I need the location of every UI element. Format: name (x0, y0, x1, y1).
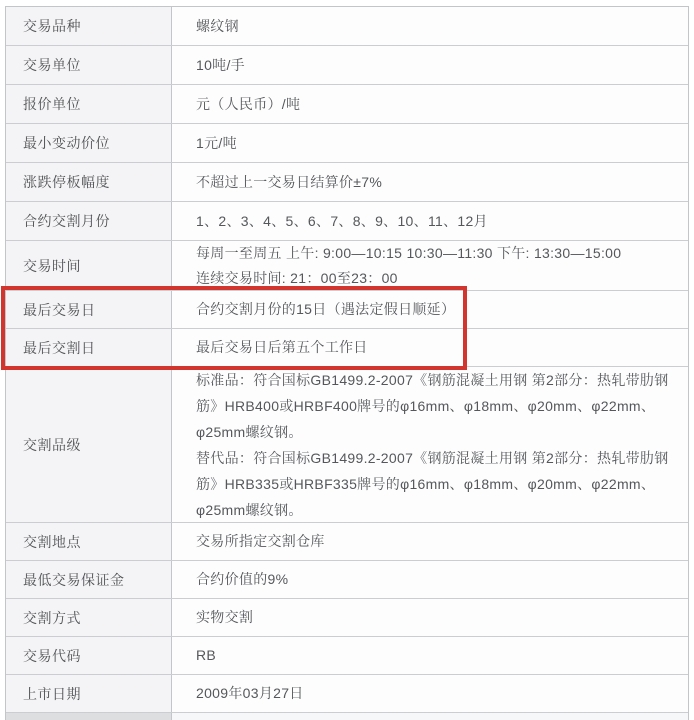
row-value: 标准品：符合国标GB1499.2-2007《钢筋混凝土用钢 第2部分：热轧带肋钢… (172, 367, 688, 522)
table-row-trading-hours: 交易时间 每周一至周五 上午: 9:00—10:15 10:30—11:30 下… (6, 241, 688, 291)
row-label: 上市日期 (6, 675, 172, 712)
table-row-trading-unit: 交易单位 10吨/手 (6, 46, 688, 85)
row-label: 最后交割日 (6, 329, 172, 366)
table-row-delivery-method: 交割方式 实物交割 (6, 599, 688, 637)
table-row-delivery-months: 合约交割月份 1、2、3、4、5、6、7、8、9、10、11、12月 (6, 202, 688, 241)
table-row-delivery-grade: 交割品级 标准品：符合国标GB1499.2-2007《钢筋混凝土用钢 第2部分：… (6, 367, 688, 523)
table-row-delivery-place: 交割地点 交易所指定交割仓库 (6, 523, 688, 561)
cutoff-label-cell (6, 713, 172, 720)
row-label: 交易单位 (6, 46, 172, 84)
substitute-grade-text: 替代品：符合国标GB1499.2-2007《钢筋混凝土用钢 第2部分：热轧带肋钢… (196, 445, 674, 523)
row-value: 元（人民币）/吨 (172, 85, 688, 123)
cutoff-value-cell (172, 713, 688, 720)
contract-spec-table: 交易品种 螺纹钢 交易单位 10吨/手 报价单位 元（人民币）/吨 最小变动价位… (5, 6, 689, 720)
trading-hours-line2: 连续交易时间: 21：00至23：00 (196, 266, 674, 291)
table-row-quote-unit: 报价单位 元（人民币）/吨 (6, 85, 688, 124)
row-value: 1元/吨 (172, 124, 688, 162)
row-label: 最小变动价位 (6, 124, 172, 162)
table-row-trading-code: 交易代码 RB (6, 637, 688, 675)
table-row-min-tick: 最小变动价位 1元/吨 (6, 124, 688, 163)
trading-hours-line1: 每周一至周五 上午: 9:00—10:15 10:30—11:30 下午: 13… (196, 241, 674, 266)
row-label: 交割品级 (6, 367, 172, 522)
table-row-price-limit: 涨跌停板幅度 不超过上一交易日结算价±7% (6, 163, 688, 202)
row-label: 报价单位 (6, 85, 172, 123)
table-row-trading-variety: 交易品种 螺纹钢 (6, 7, 688, 46)
row-label: 涨跌停板幅度 (6, 163, 172, 201)
row-label: 交易时间 (6, 241, 172, 290)
row-value: 1、2、3、4、5、6、7、8、9、10、11、12月 (172, 202, 688, 240)
row-label: 交割方式 (6, 599, 172, 636)
table-row-listing-date: 上市日期 2009年03月27日 (6, 675, 688, 713)
row-value: 每周一至周五 上午: 9:00—10:15 10:30—11:30 下午: 13… (172, 241, 688, 290)
row-value: 合约交割月份的15日（遇法定假日顺延） (172, 291, 688, 328)
row-label: 交易代码 (6, 637, 172, 674)
row-value: 螺纹钢 (172, 7, 688, 45)
row-value: 10吨/手 (172, 46, 688, 84)
row-label: 交易品种 (6, 7, 172, 45)
row-value: 实物交割 (172, 599, 688, 636)
row-value: 最后交易日后第五个工作日 (172, 329, 688, 366)
row-value: 交易所指定交割仓库 (172, 523, 688, 560)
row-value: 2009年03月27日 (172, 675, 688, 712)
table-row-cutoff (6, 713, 688, 720)
row-label: 最后交易日 (6, 291, 172, 328)
row-value: 不超过上一交易日结算价±7% (172, 163, 688, 201)
row-value: 合约价值的9% (172, 561, 688, 598)
table-row-last-trading-day: 最后交易日 合约交割月份的15日（遇法定假日顺延） (6, 291, 688, 329)
row-value: RB (172, 637, 688, 674)
table-row-min-margin: 最低交易保证金 合约价值的9% (6, 561, 688, 599)
table-row-last-delivery-day: 最后交割日 最后交易日后第五个工作日 (6, 329, 688, 367)
row-label: 交割地点 (6, 523, 172, 560)
row-label: 最低交易保证金 (6, 561, 172, 598)
standard-grade-text: 标准品：符合国标GB1499.2-2007《钢筋混凝土用钢 第2部分：热轧带肋钢… (196, 367, 674, 445)
row-label: 合约交割月份 (6, 202, 172, 240)
